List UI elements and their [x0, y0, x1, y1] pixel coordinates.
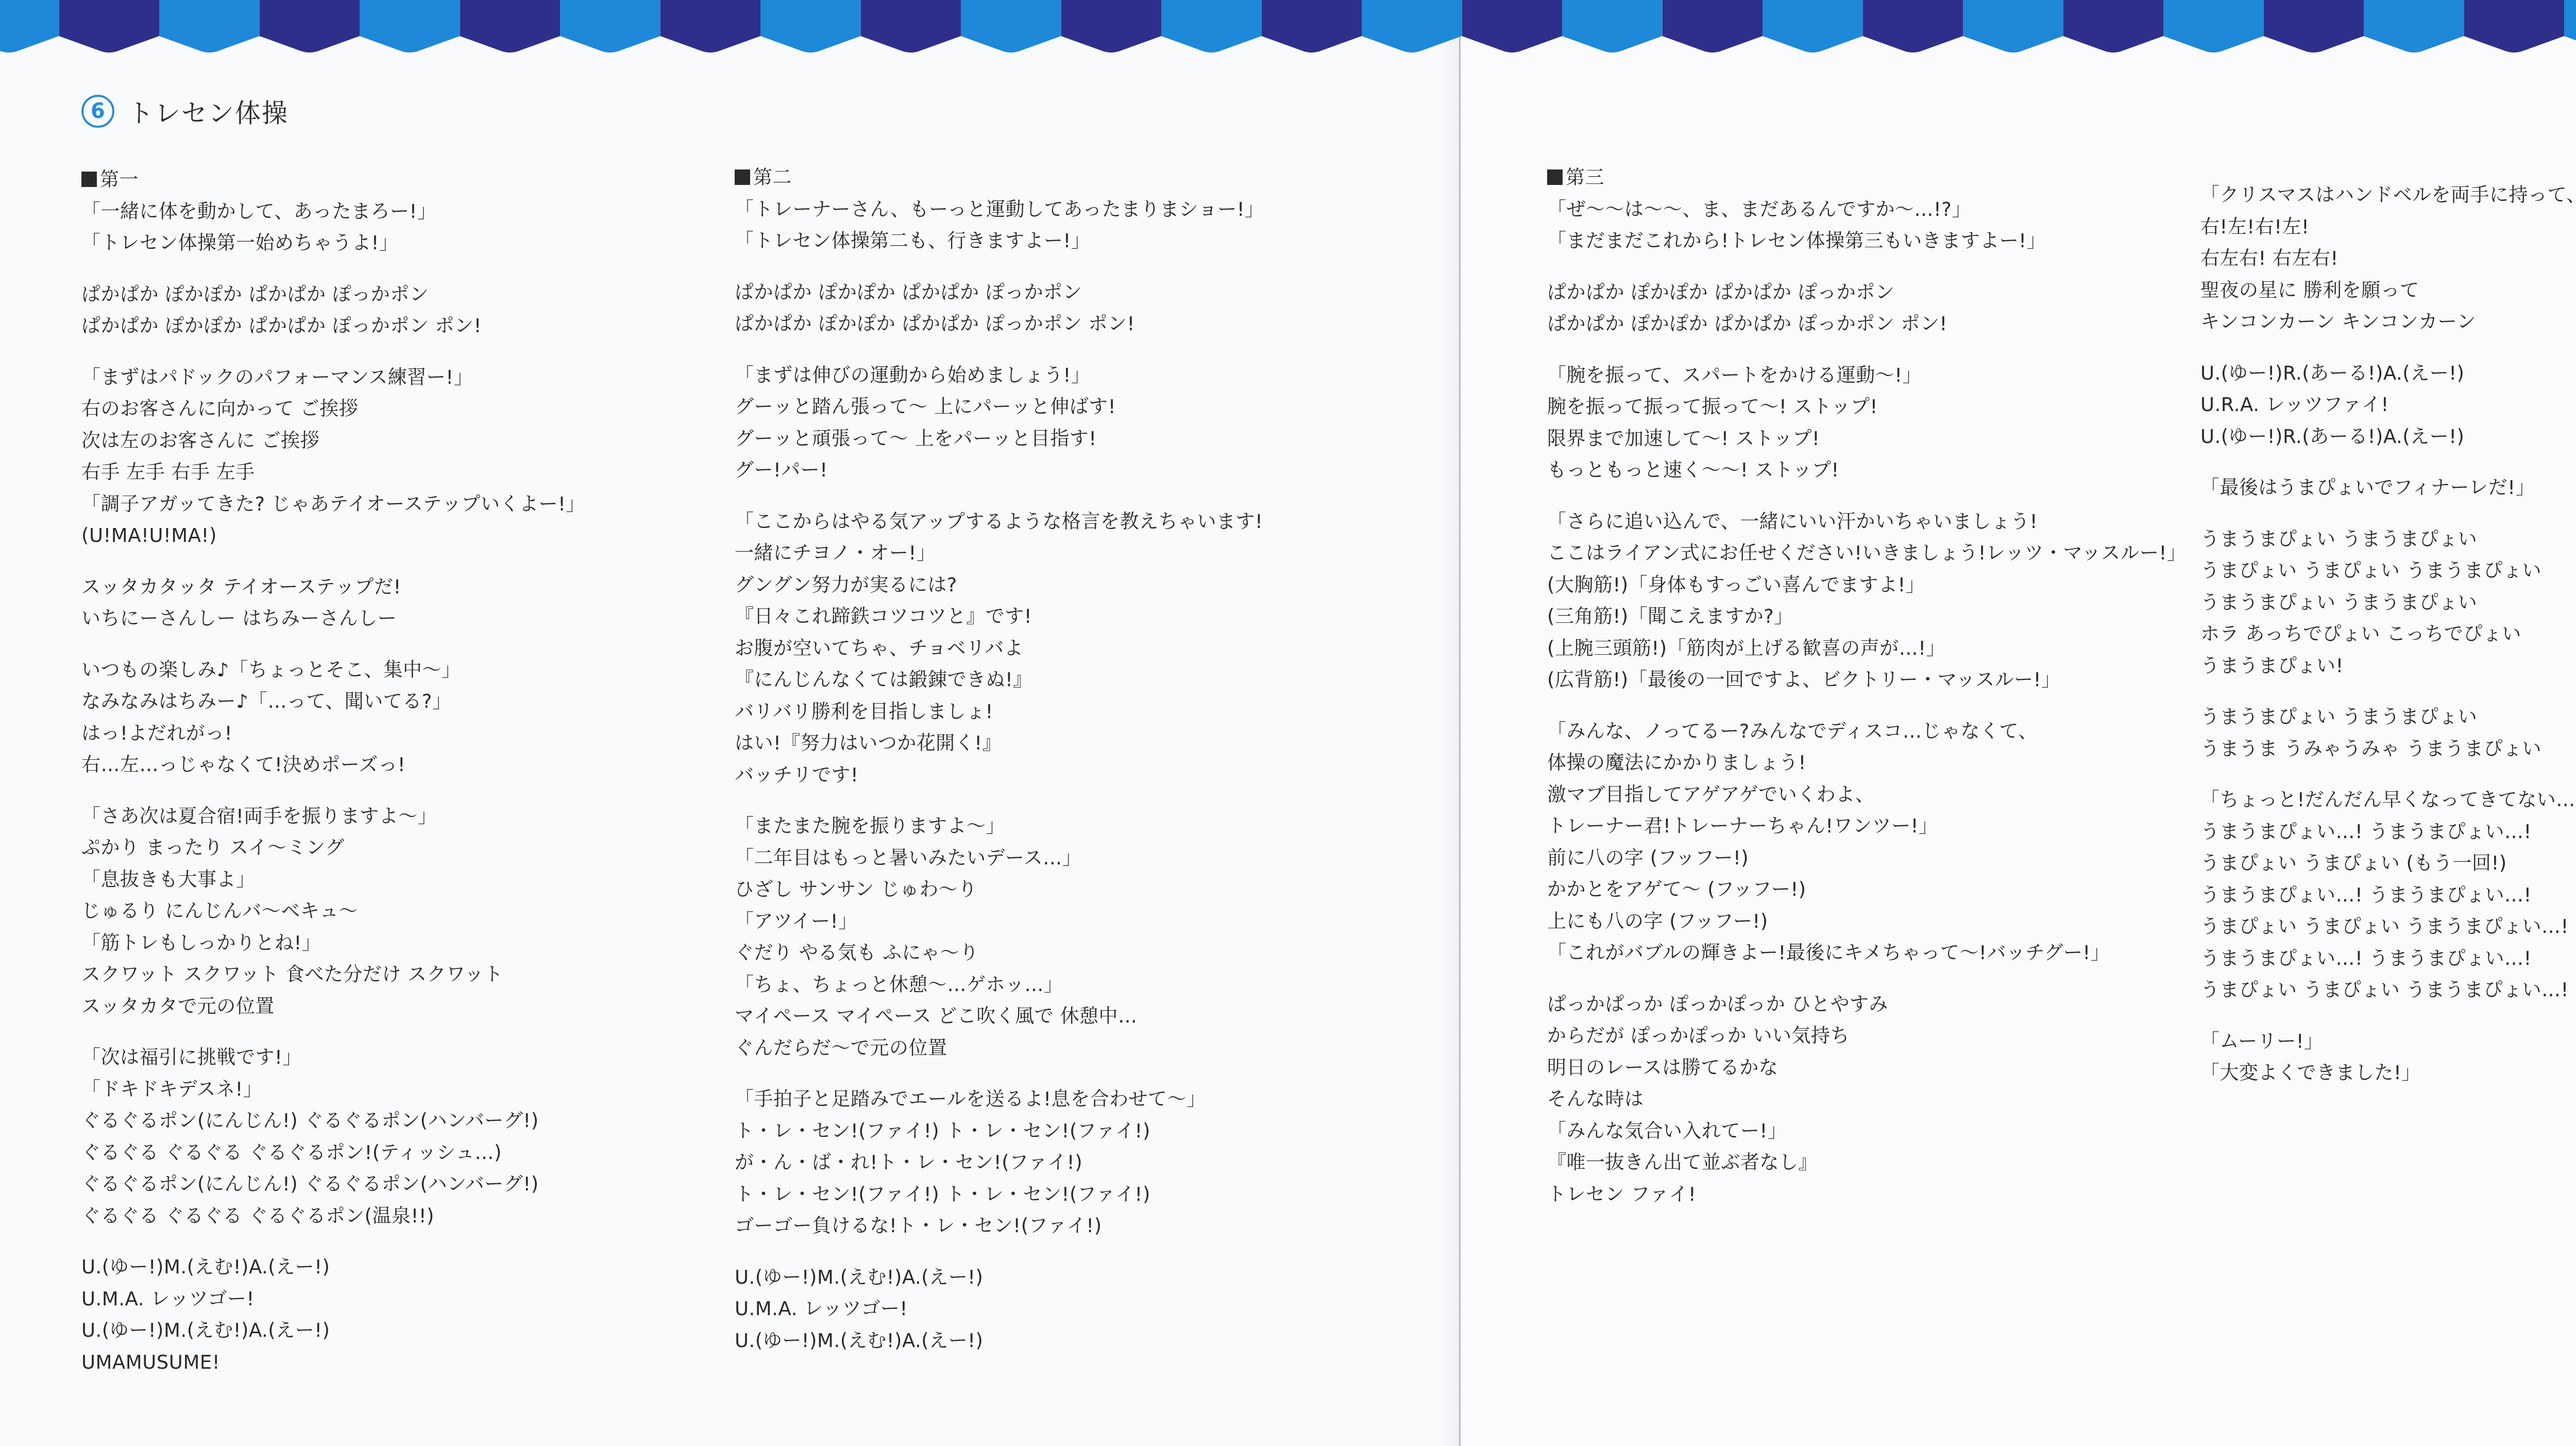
- lyric-line: うまぴょい うまぴょい (もう一回!): [2200, 847, 2576, 879]
- lyric-line: はっ!よだれがっ!: [81, 718, 585, 750]
- lyric-line: キンコンカーン キンコンカーン: [2200, 306, 2576, 338]
- lyrics-column-3: 第三「ぜ〜〜は〜〜、ま、まだあるんですか〜…!?」「まだまだこれから!トレセン体…: [1547, 162, 2186, 1210]
- lyric-stanza: 「一緒に体を動かして、あったまろー!」「トレセン体操第一始めちゃうよ!」: [81, 196, 585, 259]
- lyric-stanza: ぱっかぱっか ぽっかぽっか ひとやすみからだが ぽっかぽっか いい気持ち明日のレ…: [1547, 989, 2186, 1211]
- lyric-line: いちにーさんしー はちみーさんしー: [81, 603, 585, 635]
- lyric-line: うまぴょい うまぴょい うまうまぴょい…!: [2200, 974, 2576, 1006]
- center-fold: [1459, 0, 1461, 1446]
- lyric-stanza: 「ここからはやる気アップするような格言を教えちゃいます!一緒にチヨノ・オー!」グ…: [735, 506, 1264, 791]
- lyric-line: ホラ あっちでぴょい こっちでぴょい: [2200, 618, 2576, 650]
- lyric-line: U.(ゆー!)M.(えむ!)A.(えー!): [81, 1251, 585, 1283]
- square-bullet-icon: [1547, 169, 1563, 185]
- section-heading-label: 第二: [753, 166, 792, 189]
- lyric-stanza: U.(ゆー!)R.(あーる!)A.(えー!)U.R.A. レッツファイ!U.(ゆ…: [2200, 358, 2576, 453]
- fold-shadow: [1437, 0, 1459, 1446]
- lyric-line: 激マブ目指してアゲアゲでいくわよ、: [1547, 779, 2186, 811]
- lyric-line: 明日のレースは勝てるかな: [1547, 1052, 2186, 1084]
- lyric-line: 『唯一抜きん出て並ぶ者なし』: [1547, 1147, 2186, 1179]
- lyric-line: U.R.A. レッツファイ!: [2200, 389, 2576, 421]
- lyric-stanza: 「みんな、ノってるー?みんなでディスコ…じゃなくて、体操の魔法にかかりましょう!…: [1547, 716, 2186, 969]
- lyric-line: 「まずはパドックのパフォーマンス練習ー!」: [81, 362, 585, 394]
- square-bullet-icon: [81, 172, 97, 187]
- lyric-line: (広背筋!)「最後の一回ですよ、ビクトリー・マッスルー!」: [1547, 664, 2186, 696]
- lyrics-column-1: 第一「一緒に体を動かして、あったまろー!」「トレセン体操第一始めちゃうよ!」ぱか…: [81, 164, 585, 1378]
- lyric-line: そんな時は: [1547, 1083, 2186, 1115]
- lyric-line: ぐるぐるポン(にんじん!) ぐるぐるポン(ハンバーグ!): [81, 1105, 585, 1137]
- lyric-line: U.(ゆー!)M.(えむ!)A.(えー!): [735, 1325, 1264, 1357]
- square-bullet-icon: [735, 169, 750, 185]
- lyric-line: ぐるぐるポン(にんじん!) ぐるぐるポン(ハンバーグ!): [81, 1168, 585, 1200]
- lyric-line: 「クリスマスはハンドベルを両手に持って、演奏しましょう!」: [2200, 179, 2576, 211]
- lyric-line: 右左右! 右左右!: [2200, 243, 2576, 275]
- lyric-stanza: スッタカタッタ テイオーステップだ!いちにーさんしー はちみーさんしー: [81, 571, 585, 635]
- lyric-line: いつもの楽しみ♪「ちょっとそこ、集中〜」: [81, 654, 585, 686]
- lyric-stanza: 「クリスマスはハンドベルを両手に持って、演奏しましょう!」右!左!右!左!右左右…: [2200, 179, 2576, 338]
- lyric-line: (三角筋!)「聞こえますか?」: [1547, 601, 2186, 633]
- lyric-line: 「まずは伸びの運動から始めましょう!」: [735, 360, 1264, 392]
- lyric-line: 右…左…っじゃなくて!決めポーズっ!: [81, 749, 585, 781]
- lyric-line: スッタカタッタ テイオーステップだ!: [81, 571, 585, 603]
- lyric-line: うまうまぴょい…! うまうまぴょい…!: [2200, 943, 2576, 975]
- lyric-stanza: 「腕を振って、スパートをかける運動〜!」腕を振って振って振って〜! ストップ!限…: [1547, 360, 2186, 486]
- lyric-line: マイペース マイペース どこ吹く風で 休憩中…: [735, 1000, 1264, 1032]
- lyric-stanza: 「トレーナーさん、もーっと運動してあったまりまショー!」「トレセン体操第二も、行…: [735, 194, 1264, 257]
- lyric-line: 「ぜ〜〜は〜〜、ま、まだあるんですか〜…!?」: [1547, 194, 2186, 226]
- lyric-line: かかとをアゲて〜 (フッフー!): [1547, 874, 2186, 906]
- lyric-stanza: いつもの楽しみ♪「ちょっとそこ、集中〜」なみなみはちみー♪「…って、聞いてる?」…: [81, 654, 585, 781]
- lyric-stanza: 「ぜ〜〜は〜〜、ま、まだあるんですか〜…!?」「まだまだこれから!トレセン体操第…: [1547, 194, 2186, 257]
- lyric-line: ぐるぐる ぐるぐる ぐるぐるポン(温泉!!): [81, 1200, 585, 1232]
- lyric-line: ぱかぱか ぽかぽか ぱかぱか ぽっかポン: [735, 277, 1264, 309]
- lyric-line: ト・レ・セン!(ファイ!) ト・レ・セン!(ファイ!): [735, 1115, 1264, 1147]
- lyric-line: バリバリ勝利を目指しましょ!: [735, 696, 1264, 728]
- lyric-line: 「手拍子と足踏みでエールを送るよ!息を合わせて〜」: [735, 1083, 1264, 1115]
- lyric-stanza: U.(ゆー!)M.(えむ!)A.(えー!)U.M.A. レッツゴー!U.(ゆー!…: [735, 1262, 1264, 1357]
- lyric-line: U.(ゆー!)R.(あーる!)A.(えー!): [2200, 358, 2576, 389]
- lyric-line: スクワット スクワット 食べた分だけ スクワット: [81, 959, 585, 991]
- lyric-line: 腕を振って振って振って〜! ストップ!: [1547, 391, 2186, 423]
- lyric-line: 「トレセン体操第二も、行きますよー!」: [735, 225, 1264, 257]
- lyric-line: からだが ぽっかぽっか いい気持ち: [1547, 1020, 2186, 1052]
- lyric-stanza: 「さあ次は夏合宿!両手を振りますよ〜」ぷかり まったり スイ〜ミング「息抜きも大…: [81, 801, 585, 1023]
- lyric-line: スッタカタで元の位置: [81, 991, 585, 1023]
- lyric-line: トレーナー君!トレーナーちゃん!ワンツー!」: [1547, 810, 2186, 842]
- lyric-line: うまうまぴょい うまうまぴょい: [2200, 523, 2576, 555]
- lyric-stanza: 「まずはパドックのパフォーマンス練習ー!」右のお客さんに向かって ご挨拶次は左の…: [81, 362, 585, 552]
- lyric-line: うまぴょい うまぴょい うまうまぴょい…!: [2200, 911, 2576, 943]
- lyric-line: 右のお客さんに向かって ご挨拶: [81, 393, 585, 425]
- lyric-line: が・ん・ば・れ!ト・レ・セン!(ファイ!): [735, 1147, 1264, 1179]
- lyric-line: 体操の魔法にかかりましょう!: [1547, 747, 2186, 779]
- lyric-line: 「ドキドキデスネ!」: [81, 1074, 585, 1105]
- lyric-line: ここはライアン式にお任せください!いきましょう!レッツ・マッスルー!」: [1547, 537, 2186, 569]
- lyric-line: うまうま うみゃうみゃ うまうまぴょい: [2200, 733, 2576, 765]
- lyric-stanza: ぱかぱか ぽかぽか ぱかぱか ぽっかポンぱかぱか ぽかぽか ぱかぱか ぽっかポン…: [81, 279, 585, 342]
- section-heading-label: 第一: [100, 168, 139, 191]
- lyric-line: U.(ゆー!)M.(えむ!)A.(えー!): [81, 1315, 585, 1347]
- lyric-stanza: 「さらに追い込んで、一緒にいい汗かいちゃいましょう!ここはライアン式にお任せくだ…: [1547, 506, 2186, 696]
- song-title: 6 トレセン体操: [81, 93, 289, 130]
- lyric-line: 「腕を振って、スパートをかける運動〜!」: [1547, 360, 2186, 392]
- lyric-stanza: 「ムーリー!」「大変よくできました!」: [2200, 1026, 2576, 1089]
- lyric-line: U.M.A. レッツゴー!: [81, 1283, 585, 1315]
- lyric-line: (大胸筋!)「身体もすっごい喜んでますよ!」: [1547, 569, 2186, 601]
- lyric-line: うまうまぴょい うまうまぴょい: [2200, 701, 2576, 733]
- lyric-line: 『日々これ蹄鉄コツコツと』です!: [735, 601, 1264, 633]
- section-heading: 第一: [81, 164, 585, 196]
- lyrics-column-2: 第二「トレーナーさん、もーっと運動してあったまりまショー!」「トレセン体操第二も…: [735, 162, 1264, 1356]
- lyric-line: グーッと踏ん張って〜 上にパーッと伸ばす!: [735, 391, 1264, 423]
- lyric-line: UMAMUSUME!: [81, 1347, 585, 1379]
- lyric-line: 「大変よくできました!」: [2200, 1057, 2576, 1089]
- lyric-line: ぱかぱか ぽかぽか ぱかぱか ぽっかポン: [1547, 277, 2186, 309]
- lyric-line: 「みんな、ノってるー?みんなでディスコ…じゃなくて、: [1547, 716, 2186, 747]
- lyric-line: U.(ゆー!)M.(えむ!)A.(えー!): [735, 1262, 1264, 1294]
- section-heading: 第二: [735, 162, 1264, 194]
- lyric-line: ト・レ・セン!(ファイ!) ト・レ・セン!(ファイ!): [735, 1179, 1264, 1211]
- song-title-text: トレセン体操: [128, 93, 289, 130]
- lyric-line: (上腕三頭筋!)「筋肉が上げる歓喜の声が…!」: [1547, 633, 2186, 665]
- lyric-line: U.(ゆー!)R.(あーる!)A.(えー!): [2200, 421, 2576, 453]
- lyric-line: 「ここからはやる気アップするような格言を教えちゃいます!: [735, 506, 1264, 538]
- lyric-line: ぱっかぱっか ぽっかぽっか ひとやすみ: [1547, 989, 2186, 1020]
- lyric-line: 「ちょっと!だんだん早くなってきてない…!?」: [2200, 784, 2576, 816]
- lyric-line: 「トレーナーさん、もーっと運動してあったまりまショー!」: [735, 194, 1264, 226]
- lyric-line: ぐるぐる ぐるぐる ぐるぐるポン!(ティッシュ…): [81, 1137, 585, 1169]
- lyric-stanza: ぱかぱか ぽかぽか ぱかぱか ぽっかポンぱかぱか ぽかぽか ぱかぱか ぽっかポン…: [1547, 277, 2186, 340]
- lyric-line: ぱかぱか ぽかぽか ぱかぱか ぽっかポン: [81, 279, 585, 311]
- lyric-stanza: U.(ゆー!)M.(えむ!)A.(えー!)U.M.A. レッツゴー!U.(ゆー!…: [81, 1251, 585, 1378]
- lyric-line: もっともっと速く〜〜! ストップ!: [1547, 454, 2186, 486]
- lyric-stanza: 「次は福引に挑戦です!」「ドキドキデスネ!」ぐるぐるポン(にんじん!) ぐるぐる…: [81, 1042, 585, 1232]
- lyric-line: 右手 左手 右手 左手: [81, 456, 585, 488]
- lyric-line: U.M.A. レッツゴー!: [735, 1293, 1264, 1325]
- lyric-line: 「またまた腕を振りますよ〜」: [735, 810, 1264, 842]
- lyric-line: うまぴょい うまぴょい うまうまぴょい: [2200, 555, 2576, 587]
- lyric-stanza: ぱかぱか ぽかぽか ぱかぱか ぽっかポンぱかぱか ぽかぽか ぱかぱか ぽっかポン…: [735, 277, 1264, 340]
- lyric-line: (U!MA!U!MA!): [81, 520, 585, 552]
- lyric-line: はい!『努力はいつか花開く!』: [735, 727, 1264, 759]
- lyric-line: ひざし サンサン じゅわ〜り: [735, 874, 1264, 906]
- lyric-line: グングン努力が実るには?: [735, 569, 1264, 601]
- lyric-stanza: 「最後はうまぴょいでフィナーレだ!」: [2200, 472, 2576, 504]
- lyric-line: うまうまぴょい…! うまうまぴょい…!: [2200, 879, 2576, 911]
- lyric-line: 「まだまだこれから!トレセン体操第三もいきますよー!」: [1547, 225, 2186, 257]
- lyric-line: うまうまぴょい うまうまぴょい: [2200, 587, 2576, 619]
- lyric-line: 「さらに追い込んで、一緒にいい汗かいちゃいましょう!: [1547, 506, 2186, 538]
- lyric-line: 『にんじんなくては鍛錬できぬ!』: [735, 664, 1264, 696]
- section-heading: 第三: [1547, 162, 2186, 194]
- lyric-line: 右!左!右!左!: [2200, 211, 2576, 243]
- lyric-line: 「調子アガッてきた? じゃあテイオーステップいくよー!」: [81, 488, 585, 520]
- lyric-stanza: うまうまぴょい うまうまぴょいうまぴょい うまぴょい うまうまぴょいうまうまぴょ…: [2200, 523, 2576, 682]
- lyric-line: 「トレセン体操第一始めちゃうよ!」: [81, 227, 585, 259]
- lyric-line: バッチリです!: [735, 759, 1264, 791]
- lyric-line: ぐだり やる気も ふにゃ〜り: [735, 937, 1264, 969]
- lyric-line: うまうまぴょい…! うまうまぴょい…!: [2200, 816, 2576, 848]
- lyric-stanza: 「ちょっと!だんだん早くなってきてない…!?」うまうまぴょい…! うまうまぴょい…: [2200, 784, 2576, 1006]
- lyric-stanza: うまうまぴょい うまうまぴょいうまうま うみゃうみゃ うまうまぴょい: [2200, 701, 2576, 764]
- lyric-line: 「息抜きも大事よ」: [81, 864, 585, 896]
- lyric-line: 「ムーリー!」: [2200, 1026, 2576, 1058]
- lyric-stanza: 「手拍子と足踏みでエールを送るよ!息を合わせて〜」ト・レ・セン!(ファイ!) ト…: [735, 1083, 1264, 1242]
- lyric-line: 「アツイー!」: [735, 906, 1264, 938]
- lyric-line: 上にも八の字 (フッフー!): [1547, 906, 2186, 938]
- lyric-line: ぱかぱか ぽかぽか ぱかぱか ぽっかポン ポン!: [81, 310, 585, 342]
- lyric-line: ぱかぱか ぽかぽか ぱかぱか ぽっかポン ポン!: [735, 308, 1264, 340]
- lyric-line: グーッと頑張って〜 上をパーッと目指す!: [735, 423, 1264, 455]
- section-heading-label: 第三: [1566, 166, 1604, 189]
- lyric-line: 限界まで加速して〜! ストップ!: [1547, 423, 2186, 455]
- lyric-line: ゴーゴー負けるな!ト・レ・セン!(ファイ!): [735, 1210, 1264, 1242]
- lyric-line: 「二年目はもっと暑いみたいデース…」: [735, 842, 1264, 874]
- lyric-line: 「一緒に体を動かして、あったまろー!」: [81, 196, 585, 228]
- lyric-line: 「筋トレもしっかりとね!」: [81, 927, 585, 959]
- lyric-stanza: 「またまた腕を振りますよ〜」「二年目はもっと暑いみたいデース…」ひざし サンサン…: [735, 810, 1264, 1064]
- lyric-line: ぷかり まったり スイ〜ミング: [81, 832, 585, 864]
- lyric-line: 「最後はうまぴょいでフィナーレだ!」: [2200, 472, 2576, 504]
- lyric-line: うまうまぴょい!: [2200, 650, 2576, 682]
- lyric-line: なみなみはちみー♪「…って、聞いてる?」: [81, 686, 585, 718]
- lyric-line: 「みんな気合い入れてー!」: [1547, 1115, 2186, 1147]
- lyric-line: トレセン ファイ!: [1547, 1179, 2186, 1211]
- lyric-line: 次は左のお客さんに ご挨拶: [81, 425, 585, 457]
- lyric-line: ぐんだらだ〜で元の位置: [735, 1032, 1264, 1064]
- track-number-circle-icon: 6: [81, 95, 114, 128]
- lyric-line: 「これがバブルの輝きよー!最後にキメちゃって〜!バッチグー!」: [1547, 937, 2186, 969]
- lyric-line: 「ちょ、ちょっと休憩〜…ゲホッ…」: [735, 969, 1264, 1001]
- zigzag-stripe-border: [0, 0, 2576, 57]
- lyric-line: 前に八の字 (フッフー!): [1547, 842, 2186, 874]
- lyrics-column-4: 「クリスマスはハンドベルを両手に持って、演奏しましょう!」右!左!右!左!右左右…: [2200, 179, 2576, 1089]
- lyric-stanza: 「まずは伸びの運動から始めましょう!」グーッと踏ん張って〜 上にパーッと伸ばす!…: [735, 360, 1264, 486]
- lyric-line: お腹が空いてちゃ、チョベリバよ: [735, 633, 1264, 665]
- lyric-line: グー!パー!: [735, 454, 1264, 486]
- lyric-line: 「次は福引に挑戦です!」: [81, 1042, 585, 1074]
- lyric-line: 「さあ次は夏合宿!両手を振りますよ〜」: [81, 801, 585, 832]
- lyric-line: 聖夜の星に 勝利を願って: [2200, 275, 2576, 307]
- lyric-line: 一緒にチヨノ・オー!」: [735, 537, 1264, 569]
- lyric-line: じゅるり にんじんバ〜ベキュ〜: [81, 895, 585, 927]
- lyric-line: ぱかぱか ぽかぽか ぱかぱか ぽっかポン ポン!: [1547, 308, 2186, 340]
